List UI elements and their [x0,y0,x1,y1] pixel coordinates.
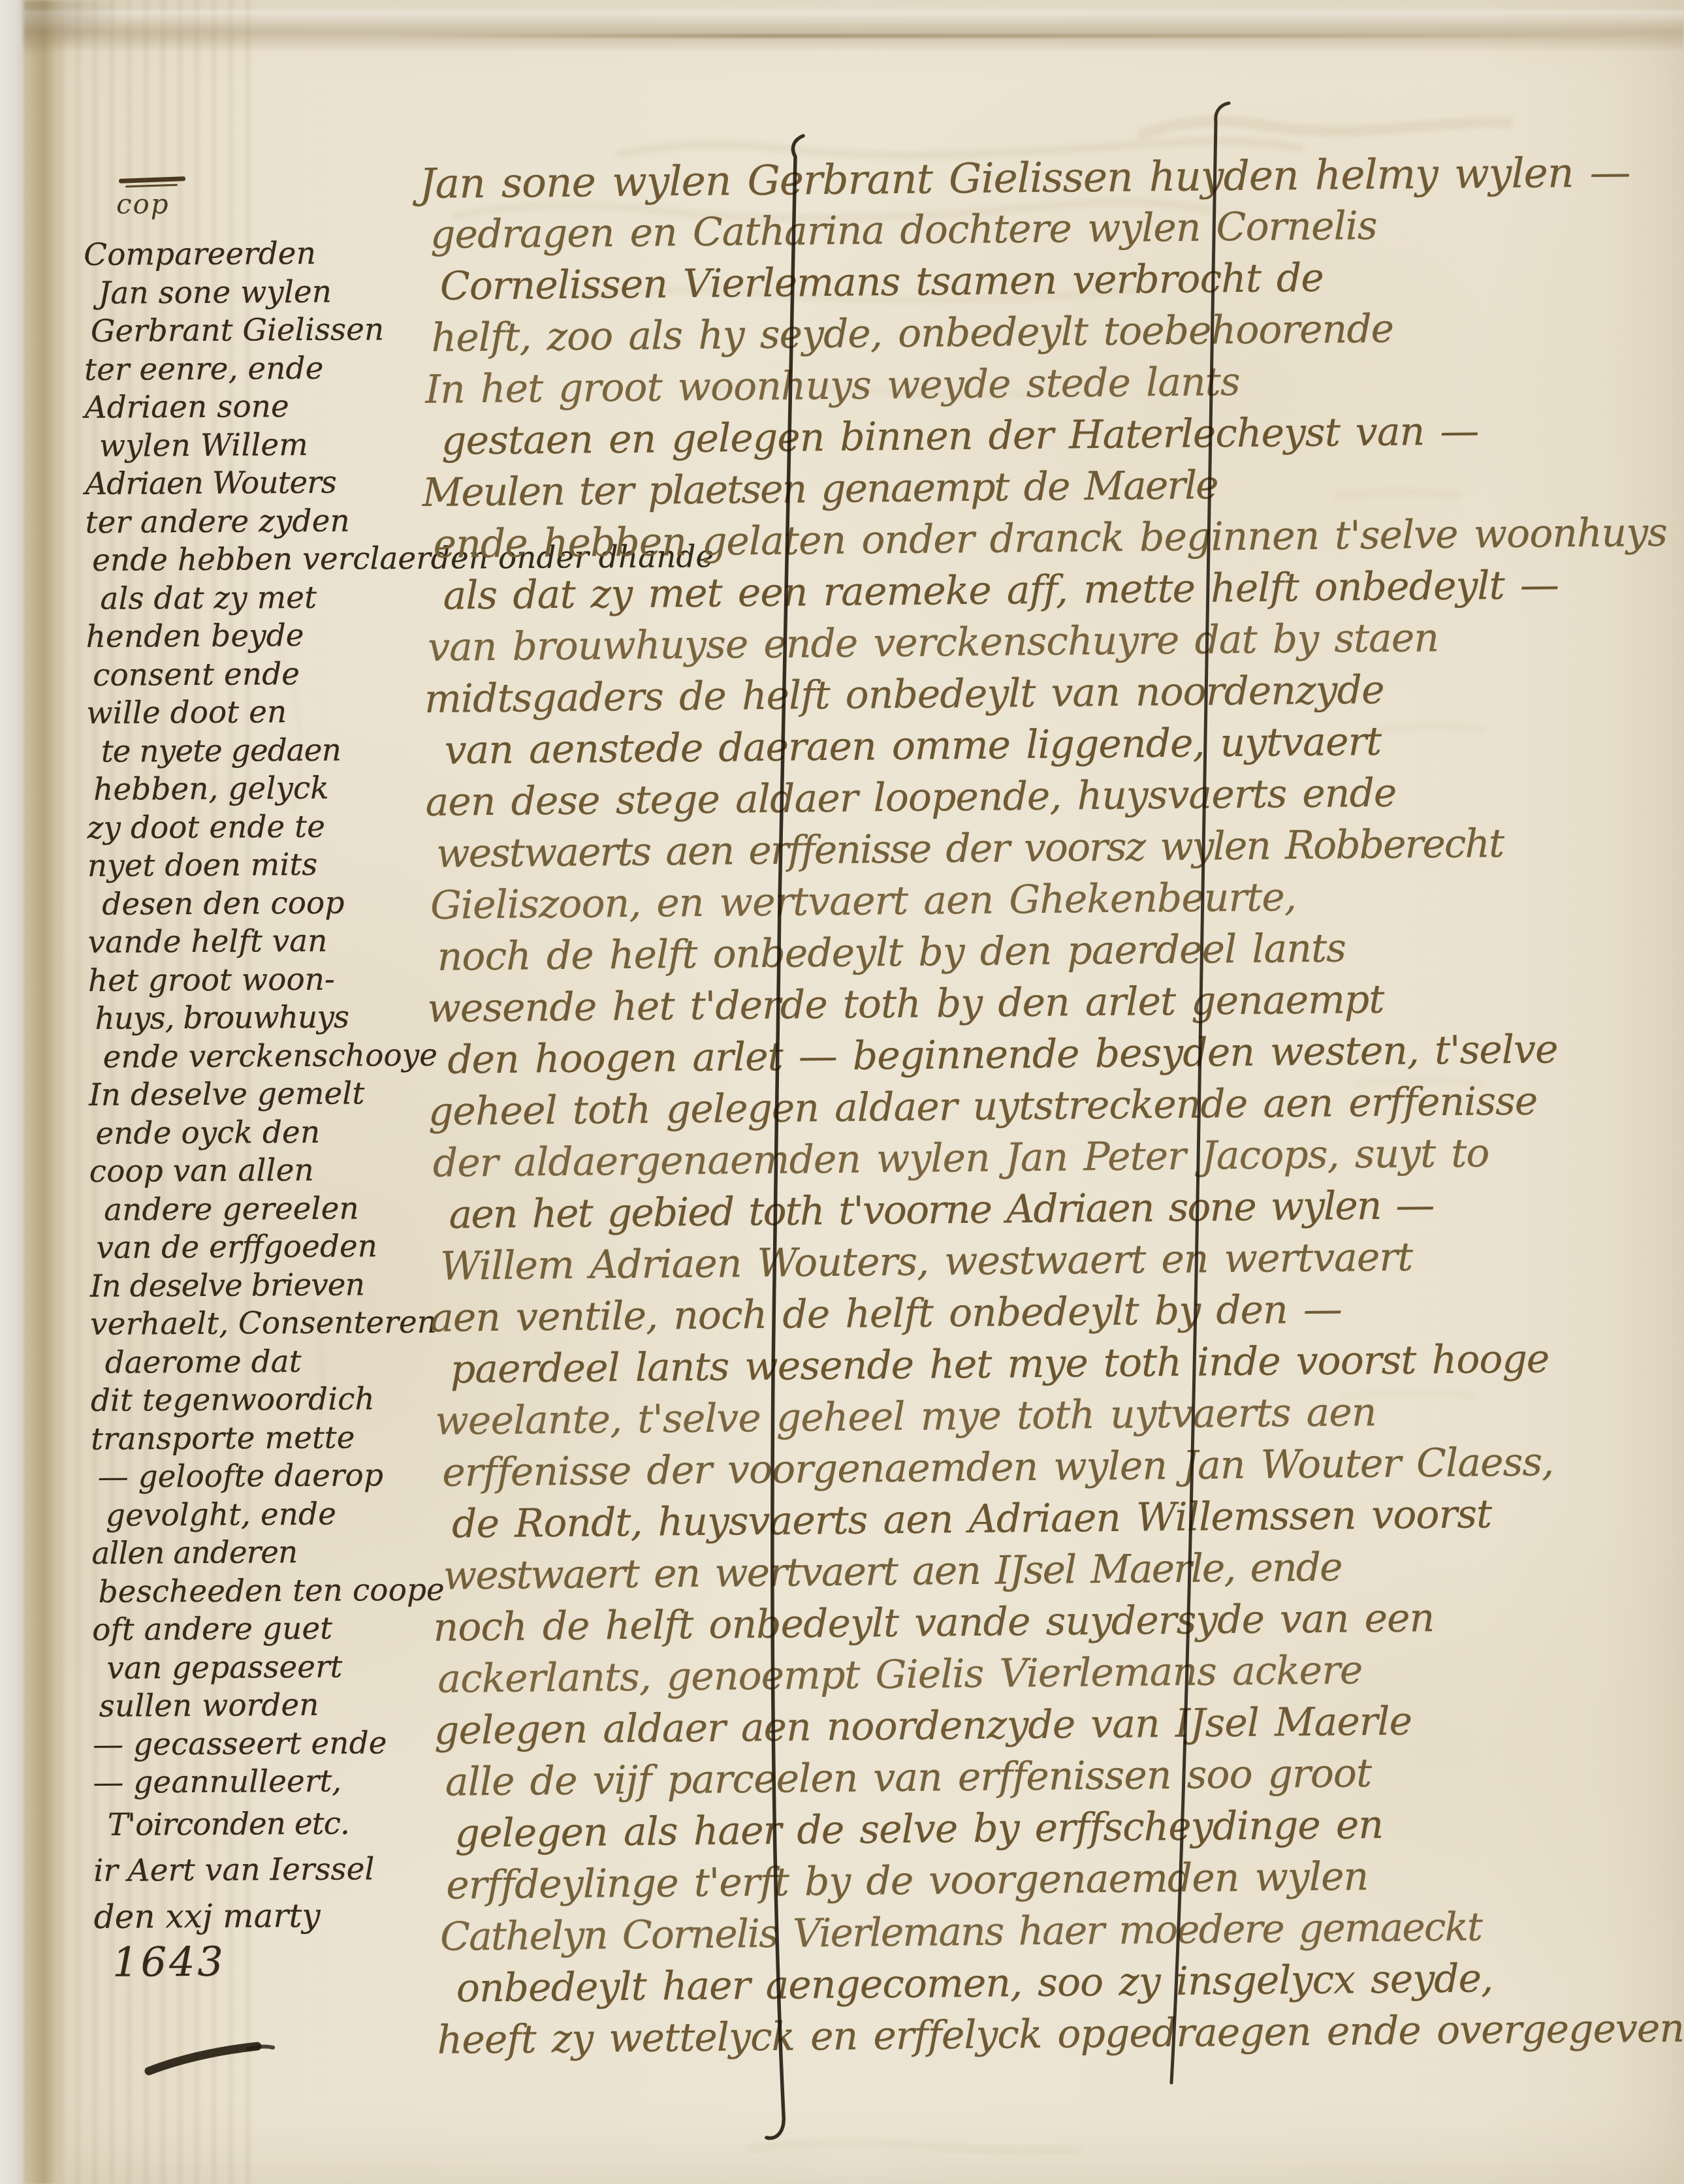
cancellation-stroke-right [1171,103,1229,2083]
cancellation-stroke-left [767,136,803,2138]
date-flourish-tail [248,2046,273,2049]
ink-overlays [0,0,1684,2184]
date-flourish [149,2046,257,2071]
manuscript-scan: cop CompareerdenJan sone wylenGerbrant G… [0,0,1684,2184]
